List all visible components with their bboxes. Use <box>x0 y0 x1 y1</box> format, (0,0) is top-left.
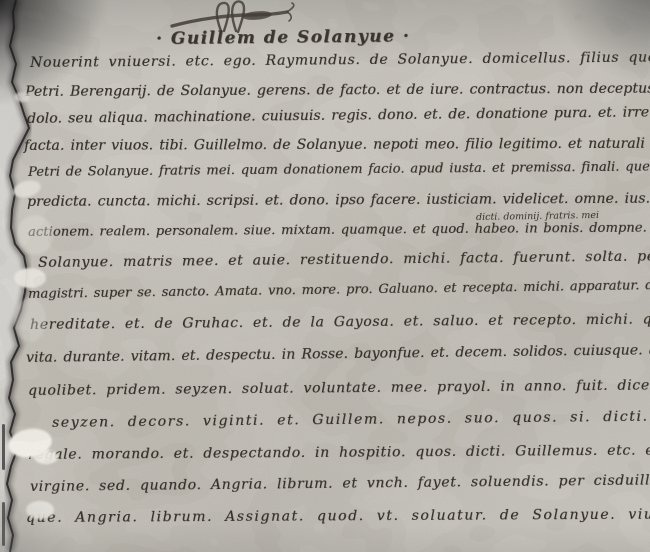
manuscript-line: seyzen. decors. viginti. et. Guillem. ne… <box>52 407 650 431</box>
manuscript-line: Petri. Berengarij. de Solanyue. gerens. … <box>25 81 650 100</box>
manuscript-line: predicta. cuncta. michi. scripsi. et. do… <box>27 191 650 210</box>
manuscript-line: que. Angria. librum. Assignat. quod. vt.… <box>26 507 650 526</box>
manuscript-line: Solanyue. matris mee. et auie. restituen… <box>38 248 650 271</box>
manuscript-line: facta. inter viuos. tibi. Guillelmo. de … <box>24 136 645 154</box>
manuscript-photo: · Guillem de Solanyue · Nouerint vniuers… <box>0 0 650 552</box>
manuscript-line: Petri de Solanyue. fratris mei. quam don… <box>28 159 650 180</box>
manuscript-line: regale. morando. et. despectando. in hos… <box>28 442 650 463</box>
manuscript-title: · Guillem de Solanyue · <box>156 26 410 49</box>
manuscript-line: magistri. super se. sancto. Amata. vno. … <box>28 278 650 302</box>
manuscript-line: dolo. seu aliqua. machinatione. cuiusuis… <box>27 104 650 127</box>
manuscript-line: virgine. sed. quando. Angria. librum. et… <box>30 472 650 495</box>
manuscript-line: actionem. realem. personalem. siue. mixt… <box>28 220 650 240</box>
manuscript-line: Nouerint vniuersi. etc. ego. Raymundus. … <box>30 49 650 71</box>
manuscript-line: hereditate. et. de Gruhac. et. de la Gay… <box>30 311 650 333</box>
manuscript-line: quolibet. pridem. seyzen. soluat. volunt… <box>28 377 650 399</box>
manuscript-text: · Guillem de Solanyue · Nouerint vniuers… <box>0 0 650 552</box>
manuscript-line: vita. durante. vitam. et. despectu. in R… <box>26 342 650 366</box>
interlinear-note: dicti. dominij. fratris. mei <box>476 210 599 223</box>
